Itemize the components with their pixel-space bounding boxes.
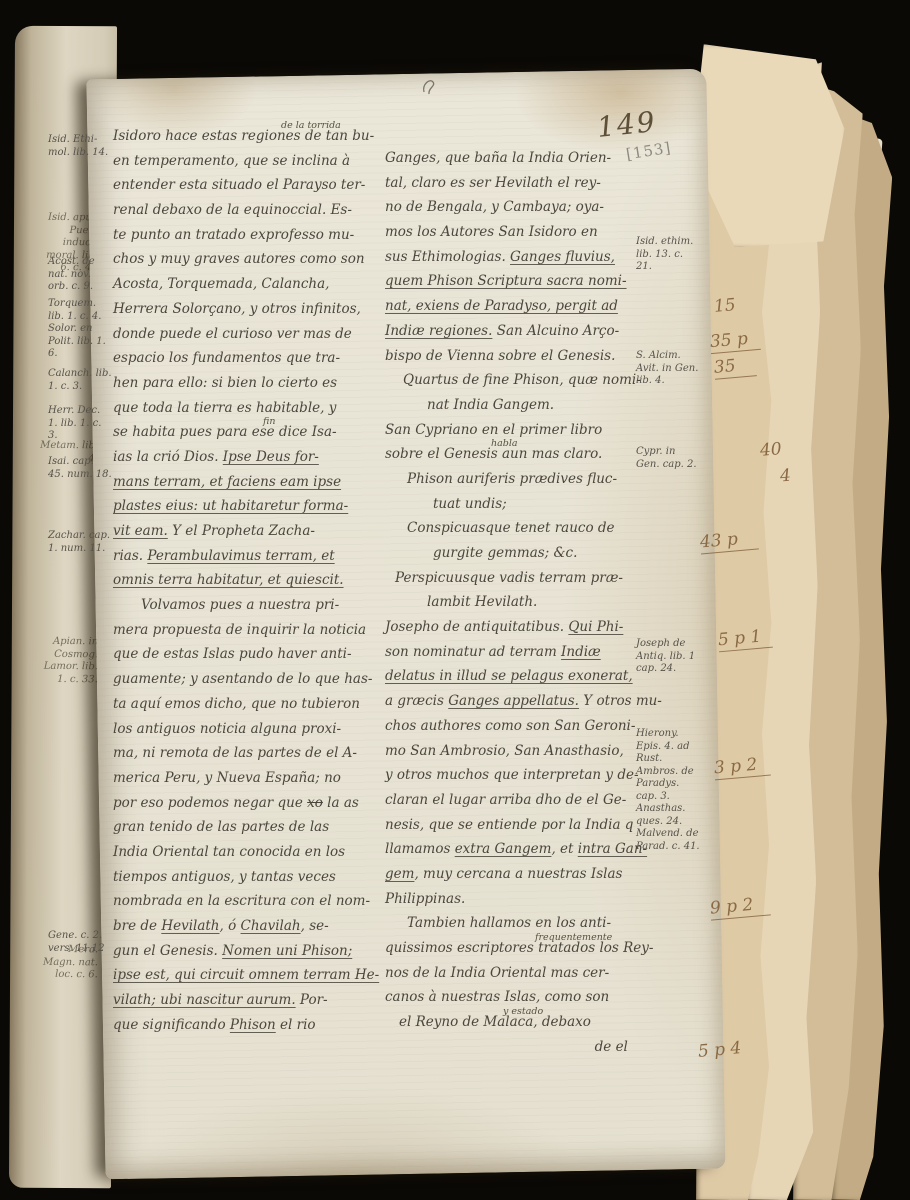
manuscript-line: merica Peru, y Nueva España; no <box>113 770 379 795</box>
edge-foliation-number: 40 <box>759 439 782 461</box>
edge-foliation-number: 15 <box>713 295 736 317</box>
margin-citation: Gene. c. 2. vers. 11.12 <box>48 930 112 955</box>
manuscript-line: chos authores como son San Geroni- <box>385 718 662 743</box>
manuscript-line: vit eam. Y el Propheta Zacha- <box>113 523 379 548</box>
margin-citation: Isai. cap. 45. num. 18. <box>48 456 112 481</box>
manuscript-line: ias la crió Dios. Ipse Deus for- <box>113 449 379 474</box>
manuscript-line: gurgite gemmas; &c. <box>385 545 662 570</box>
manuscript-line: que significando Phison el rio <box>113 1017 379 1042</box>
manuscript-line: Josepho de antiquitatibus. Qui Phi- <box>385 619 662 644</box>
manuscript-line: bispo de Vienna sobre el Genesis. <box>385 348 662 373</box>
manuscript-line: tal, claro es ser Hevilath el rey- <box>385 175 662 200</box>
manuscript-line: lambit Hevilath. <box>385 594 662 619</box>
manuscript-line: sus Ethimologias. Ganges fluvius, <box>385 249 662 274</box>
manuscript-line: Ganges, que baña la India Orien- <box>385 150 662 175</box>
interlinear-insertion: frequentemente <box>535 932 612 943</box>
manuscript-line: mo San Ambrosio, San Anasthasio, <box>385 743 662 768</box>
manuscript-line: no de Bengala, y Cambaya; oya- <box>385 199 662 224</box>
text-column-right: Ganges, que baña la India Orien-tal, cla… <box>385 150 662 1063</box>
margin-citation: Zachar. cap. 1. num. 11. <box>48 530 112 555</box>
manuscript-line: Conspicuasque tenet rauco de <box>385 520 662 545</box>
manuscript-line: nat India Gangem. <box>385 397 662 422</box>
manuscript-line: donde puede el curioso ver mas de <box>113 326 379 351</box>
margin-citation: Torquem. lib. 1. c. 4. Solor. en Polit. … <box>48 298 112 361</box>
interlinear-insertion: habla <box>491 438 518 449</box>
manuscript-line: entender esta situado el Parayso ter- <box>113 177 379 202</box>
manuscript-line: te punto an tratado exprofesso mu- <box>113 227 379 252</box>
manuscript-line: a græcis Ganges appellatus. Y otros mu- <box>385 693 662 718</box>
manuscript-line: plastes eius: ut habitaretur forma- <box>113 498 379 523</box>
manuscript-line: vilath; ubi nascitur aurum. Por- <box>113 992 379 1017</box>
manuscript-line: mera propuesta de inquirir la noticia <box>113 622 379 647</box>
manuscript-line: ma, ni remota de las partes de el A- <box>113 745 379 770</box>
manuscript-line: tiempos antiguos, y tantas veces <box>113 869 379 894</box>
manuscript-line: en temperamento, que se inclina à <box>113 153 379 178</box>
manuscript-line: rias. Perambulavimus terram, et <box>113 548 379 573</box>
manuscript-line: Herrera Solorçano, y otros infinitos, <box>113 301 379 326</box>
page-top-mark <box>420 76 442 98</box>
manuscript-line: nat, exiens de Paradyso, pergit ad <box>385 298 662 323</box>
manuscript-line: nombrada en la escritura con el nom- <box>113 893 379 918</box>
manuscript-line: quem Phison Scriptura sacra nomi- <box>385 273 662 298</box>
manuscript-line: finse habita pues para ese dice Isa- <box>113 424 379 449</box>
manuscript-line: nos de la India Oriental mas cer- <box>385 965 662 990</box>
edge-foliation-number: 5 p 1 <box>717 626 773 653</box>
manuscript-line: que de estas Islas pudo haver anti- <box>113 646 379 671</box>
manuscript-line: claran el lugar arriba dho de el Ge- <box>385 792 662 817</box>
manuscript-line: mos los Autores San Isidoro en <box>385 224 662 249</box>
manuscript-line: mans terram, et faciens eam ipse <box>113 474 379 499</box>
manuscript-line: guamente; y asentando de lo que has- <box>113 671 379 696</box>
manuscript-line: espacio los fundamentos que tra- <box>113 350 379 375</box>
interlinear-insertion: fin <box>263 416 275 427</box>
manuscript-line: Tambien hallamos en los anti- <box>385 915 662 940</box>
manuscript-line: tuat undis; <box>385 496 662 521</box>
edge-foliation-number: 35 <box>713 354 757 380</box>
edge-foliation-number: 35 p <box>709 328 761 354</box>
margin-citation: Herr. Dec. 1. lib. 1. c. 3. <box>48 405 112 443</box>
manuscript-line: y estadoel Reyno de Malaca, debaxo <box>385 1014 662 1039</box>
manuscript-line: Quartus de fine Phison, quæ nomi- <box>385 372 662 397</box>
manuscript-line: y otros muchos que interpretan y de- <box>385 767 662 792</box>
manuscript-line: renal debaxo de la equinoccial. Es- <box>113 202 379 227</box>
manuscript-line: ta aquí emos dicho, que no tubieron <box>113 696 379 721</box>
manuscript-line: de la torridaIsidoro hace estas regiones… <box>113 128 379 153</box>
interlinear-insertion: de la torrida <box>281 120 341 131</box>
manuscript-line: gem, muy cercana a nuestras Islas <box>385 866 662 891</box>
margin-citation: Acost. de nat. nov. orb. c. 9. <box>48 256 112 294</box>
manuscript-line: de el <box>385 1039 662 1064</box>
manuscript-line: Perspicuusque vadis terram præ- <box>385 570 662 595</box>
manuscript-line: los antiguos noticia alguna proxi- <box>113 721 379 746</box>
manuscript-line: que toda la tierra es habitable, y <box>113 400 379 425</box>
left-margin-citations: Isid. Ethi-mol. lib. 14.Acost. de nat. n… <box>48 0 114 1200</box>
manuscript-line: gun el Genesis. Nomen uni Phison; <box>113 943 379 968</box>
manuscript-line: por eso podemos negar que xo la as <box>113 795 379 820</box>
manuscript-line: hen para ello: si bien lo cierto es <box>113 375 379 400</box>
manuscript-line: Philippinas. <box>385 891 662 916</box>
manuscript-line: chos y muy graves autores como son <box>113 251 379 276</box>
manuscript-line: son nominatur ad terram Indiæ <box>385 644 662 669</box>
manuscript-line: Indiæ regiones. San Alcuino Arço- <box>385 323 662 348</box>
manuscript-line: nesis, que se entiende por la India q <box>385 817 662 842</box>
margin-citation: Calanch. lib. 1. c. 3. <box>48 368 112 393</box>
manuscript-line: hablasobre el Genesis aun mas claro. <box>385 446 662 471</box>
manuscript-line: Acosta, Torquemada, Calancha, <box>113 276 379 301</box>
manuscript-line: delatus in illud se pelagus exonerat, <box>385 668 662 693</box>
margin-citation: Isid. Ethi-mol. lib. 14. <box>48 134 112 159</box>
manuscript-line: San Cypriano en el primer libro <box>385 422 662 447</box>
manuscript-line: frequentementequissimos escriptores trat… <box>385 940 662 965</box>
manuscript-photo: Isid. apud Puen. induct. moral. lib. 6. … <box>0 0 910 1200</box>
manuscript-line: ipse est, qui circuit omnem terram He- <box>113 967 379 992</box>
edge-foliation-number: 4 <box>779 466 792 487</box>
interlinear-insertion: y estado <box>503 1006 543 1017</box>
text-column-left: de la torridaIsidoro hace estas regiones… <box>113 128 379 1041</box>
manuscript-line: Phison auriferis prædives fluc- <box>385 471 662 496</box>
manuscript-line: bre de Hevilath, ó Chavilah, se- <box>113 918 379 943</box>
manuscript-line: gran tenido de las partes de las <box>113 819 379 844</box>
manuscript-line: Volvamos pues a nuestra pri- <box>113 597 379 622</box>
manuscript-line: omnis terra habitatur, et quiescit. <box>113 572 379 597</box>
manuscript-line: India Oriental tan conocida en los <box>113 844 379 869</box>
manuscript-line: llamamos extra Gangem, et intra Gan- <box>385 841 662 866</box>
